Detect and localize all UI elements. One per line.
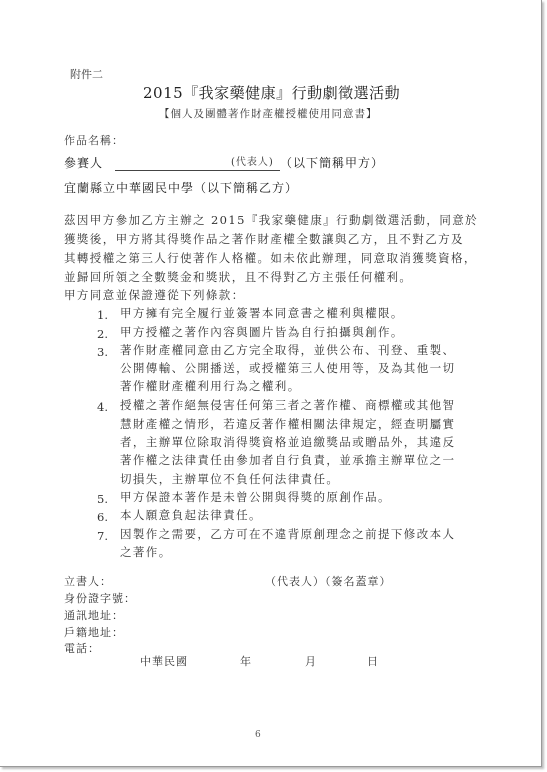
signer-label: 立書人：	[64, 576, 112, 587]
clause-number: 6.	[97, 510, 108, 524]
clause-number: 4.	[97, 400, 108, 414]
clause-line: 因製作之需要，乙方可在不違背原創理念之前提下修改本人	[120, 529, 455, 541]
clause-number: 1.	[97, 308, 108, 322]
school-party: 宜蘭縣立中華國民中學（以下簡稱乙方）	[64, 182, 298, 194]
intro-line: 並歸回所領之全數獎金和獎狀，且不得對乙方主張任何權利。	[64, 272, 412, 284]
participant-label: 參賽人	[64, 157, 103, 169]
clause-line: 著作權財產權利用行為之權利。	[120, 381, 301, 393]
attachment-label: 附件二	[70, 69, 103, 80]
date-day: 日	[367, 656, 379, 667]
document-page: 附件二 2015『我家藥健康』行動劇徵選活動 【個人及團體著作財產權授權使用同意…	[0, 0, 542, 767]
clause-line: 者，主辦單位除取消得獎資格並追繳獎品或贈品外，其違反	[120, 437, 455, 449]
date-year: 年	[240, 656, 252, 667]
phone-label: 電話：	[64, 643, 100, 654]
intro-line: 茲因甲方參加乙方主辦之 2015『我家藥健康』行動劇徵選活動，同意於	[64, 215, 478, 227]
clause-line: 甲方授權之著作內容與圖片皆為自行拍攝與創作。	[120, 327, 404, 339]
intro-line: 其轉授權之第三人行使著作人格權。如未依此辦理，同意取消獲獎資格，	[64, 253, 477, 265]
clause-line: 公開傳輸、公開播送，或授權第三人使用等，及為其他一切	[120, 363, 455, 375]
clause-line: 著作財產權同意由乙方完全取得，並供公布、刊登、重製、	[120, 345, 455, 357]
household-address-label: 戶籍地址：	[64, 627, 124, 638]
date-era: 中華民國	[140, 656, 188, 667]
clause-line: 之著作。	[120, 547, 172, 559]
participant-suffix: （以下簡稱甲方）	[280, 157, 384, 169]
clause-line: 甲方擁有完全履行並簽署本同意書之權利與權限。	[120, 308, 404, 320]
clause-number: 5.	[97, 492, 108, 506]
document-title: 2015『我家藥健康』行動劇徵選活動	[143, 86, 400, 101]
intro-line: 甲方同意並保證遵從下列條款：	[64, 290, 245, 302]
clause-number: 7.	[97, 529, 108, 543]
clause-line: 本人願意負起法律責任。	[120, 510, 262, 522]
intro-line: 獲獎後，甲方將其得獎作品之著作財產權全數讓與乙方，且不對乙方及	[64, 234, 464, 246]
clause-line: 著作權之法律責任由參加者自行負責，並承擔主辦單位之一	[120, 455, 455, 467]
participant-name-blank[interactable]	[115, 170, 280, 171]
date-month: 月	[305, 656, 317, 667]
clause-number: 2.	[97, 327, 108, 341]
clause-line: 切損失，主辦單位不負任何法律責任。	[120, 474, 339, 486]
clause-line: 甲方保證本著作是未曾公開與得獎的原創作品。	[120, 492, 391, 504]
clause-number: 3.	[97, 345, 108, 359]
participant-rep-note: (代表人)	[231, 158, 274, 168]
clause-line: 慧財產權之情形，若違反著作權相關法律規定，經查明屬實	[120, 419, 455, 431]
page-number: 6	[255, 731, 261, 740]
document-subtitle: 【個人及團體著作財產權授權使用同意書】	[159, 109, 378, 120]
work-name-label: 作品名稱：	[64, 135, 124, 146]
id-number-label: 身份證字號：	[64, 593, 136, 604]
mail-address-label: 通訊地址：	[64, 610, 124, 621]
signer-note: （代表人）（簽名蓋章）	[265, 576, 392, 587]
clause-line: 授權之著作絕無侵害任何第三者之著作權、商標權或其他智	[120, 400, 455, 412]
